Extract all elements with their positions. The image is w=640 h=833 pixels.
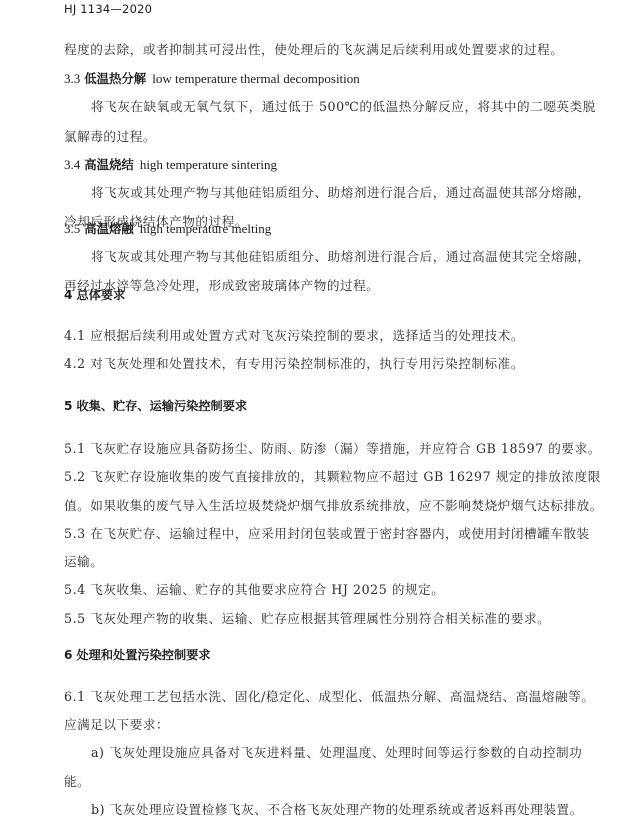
term-english: high temperature melting (140, 221, 271, 236)
section-number: 4 (64, 288, 72, 302)
paragraph-line: 氯解毒的过程。 (64, 128, 556, 146)
term-heading-3-3: 3.3低温热分解low temperature thermal decompos… (64, 70, 360, 88)
section-title: 总体要求 (76, 288, 125, 302)
term-heading-3-4: 3.4高温烧结high temperature sintering (64, 156, 277, 174)
section-heading-5: 5收集、贮存、运输污染控制要求 (64, 397, 247, 415)
paragraph-line: 4.1 应根据后续利用或处置方式对飞灰污染控制的要求，选择适当的处理技术。 (64, 327, 556, 345)
paragraph-line: 将飞灰或其处理产物与其他硅铝质组分、助熔剂进行混合后，通过高温使其部分熔融， (91, 184, 556, 202)
term-chinese: 高温烧结 (84, 157, 134, 172)
paragraph-line: 程度的去除，或者抑制其可浸出性，使处理后的飞灰满足后续利用或处置要求的过程。 (64, 41, 556, 59)
term-number: 3.5 (64, 221, 80, 236)
paragraph-line: 5.2 飞灰贮存设施收集的废气直接排放的，其颗粒物应不超过 GB 16297 规… (64, 468, 556, 486)
paragraph-line: 4.2 对飞灰处理和处置技术，有专用污染控制标准的，执行专用污染控制标准。 (64, 355, 556, 373)
section-heading-4: 4总体要求 (64, 286, 125, 304)
section-heading-6: 6处理和处置污染控制要求 (64, 646, 211, 664)
term-chinese: 高温熔融 (84, 221, 134, 236)
section-number: 5 (64, 399, 72, 413)
section-number: 6 (64, 648, 72, 662)
paragraph-line: 将飞灰或其处理产物与其他硅铝质组分、助熔剂进行混合后，通过高温使其完全熔融， (91, 248, 556, 266)
paragraph-line: 能。 (64, 773, 556, 791)
list-item-b: b) 飞灰处理应设置检修飞灰、不合格飞灰处理产物的处理系统或者返料再处理装置。 (91, 801, 556, 819)
paragraph-line: 5.4 飞灰收集、运输、贮存的其他要求应符合 HJ 2025 的规定。 (64, 581, 556, 599)
term-heading-3-5: 3.5高温熔融high temperature melting (64, 220, 271, 238)
paragraph-line: 6.1 飞灰处理工艺包括水洗、固化/稳定化、成型化、低温热分解、高温烧结、高温熔… (64, 688, 556, 706)
term-english: low temperature thermal decomposition (152, 71, 360, 86)
document-page: HJ 1134—2020 程度的去除，或者抑制其可浸出性，使处理后的飞灰满足后续… (0, 0, 640, 833)
paragraph-line: 值。如果收集的废气导入生活垃圾焚烧炉烟气排放系统排放，应不影响焚烧炉烟气达标排放… (64, 497, 556, 515)
section-title: 处理和处置污染控制要求 (76, 648, 210, 662)
list-item-a: a) 飞灰处理设施应具备对飞灰进料量、处理温度、处理时间等运行参数的自动控制功 (91, 744, 556, 762)
section-title: 收集、贮存、运输污染控制要求 (76, 399, 247, 413)
paragraph-line: 将飞灰在缺氧或无氧气氛下，通过低于 500℃的低温热分解反应，将其中的二噁英类脱 (91, 98, 556, 116)
term-number: 3.4 (64, 157, 80, 172)
term-chinese: 低温热分解 (84, 71, 146, 86)
term-english: high temperature sintering (140, 157, 277, 172)
paragraph-line: 运输。 (64, 553, 556, 571)
document-code-header: HJ 1134—2020 (64, 0, 152, 18)
paragraph-line: 再经过水淬等急冷处理，形成致密玻璃体产物的过程。 (64, 277, 556, 295)
paragraph-line: 应满足以下要求： (64, 716, 556, 734)
term-number: 3.3 (64, 71, 80, 86)
paragraph-line: 5.1 飞灰贮存设施应具备防扬尘、防雨、防渗（漏）等措施，并应符合 GB 185… (64, 440, 556, 458)
paragraph-line: 5.5 飞灰处理产物的收集、运输、贮存应根据其管理属性分别符合相关标准的要求。 (64, 610, 556, 628)
paragraph-line: 5.3 在飞灰贮存、运输过程中，应采用封闭包装或置于密封容器内，或使用封闭槽罐车… (64, 525, 556, 543)
